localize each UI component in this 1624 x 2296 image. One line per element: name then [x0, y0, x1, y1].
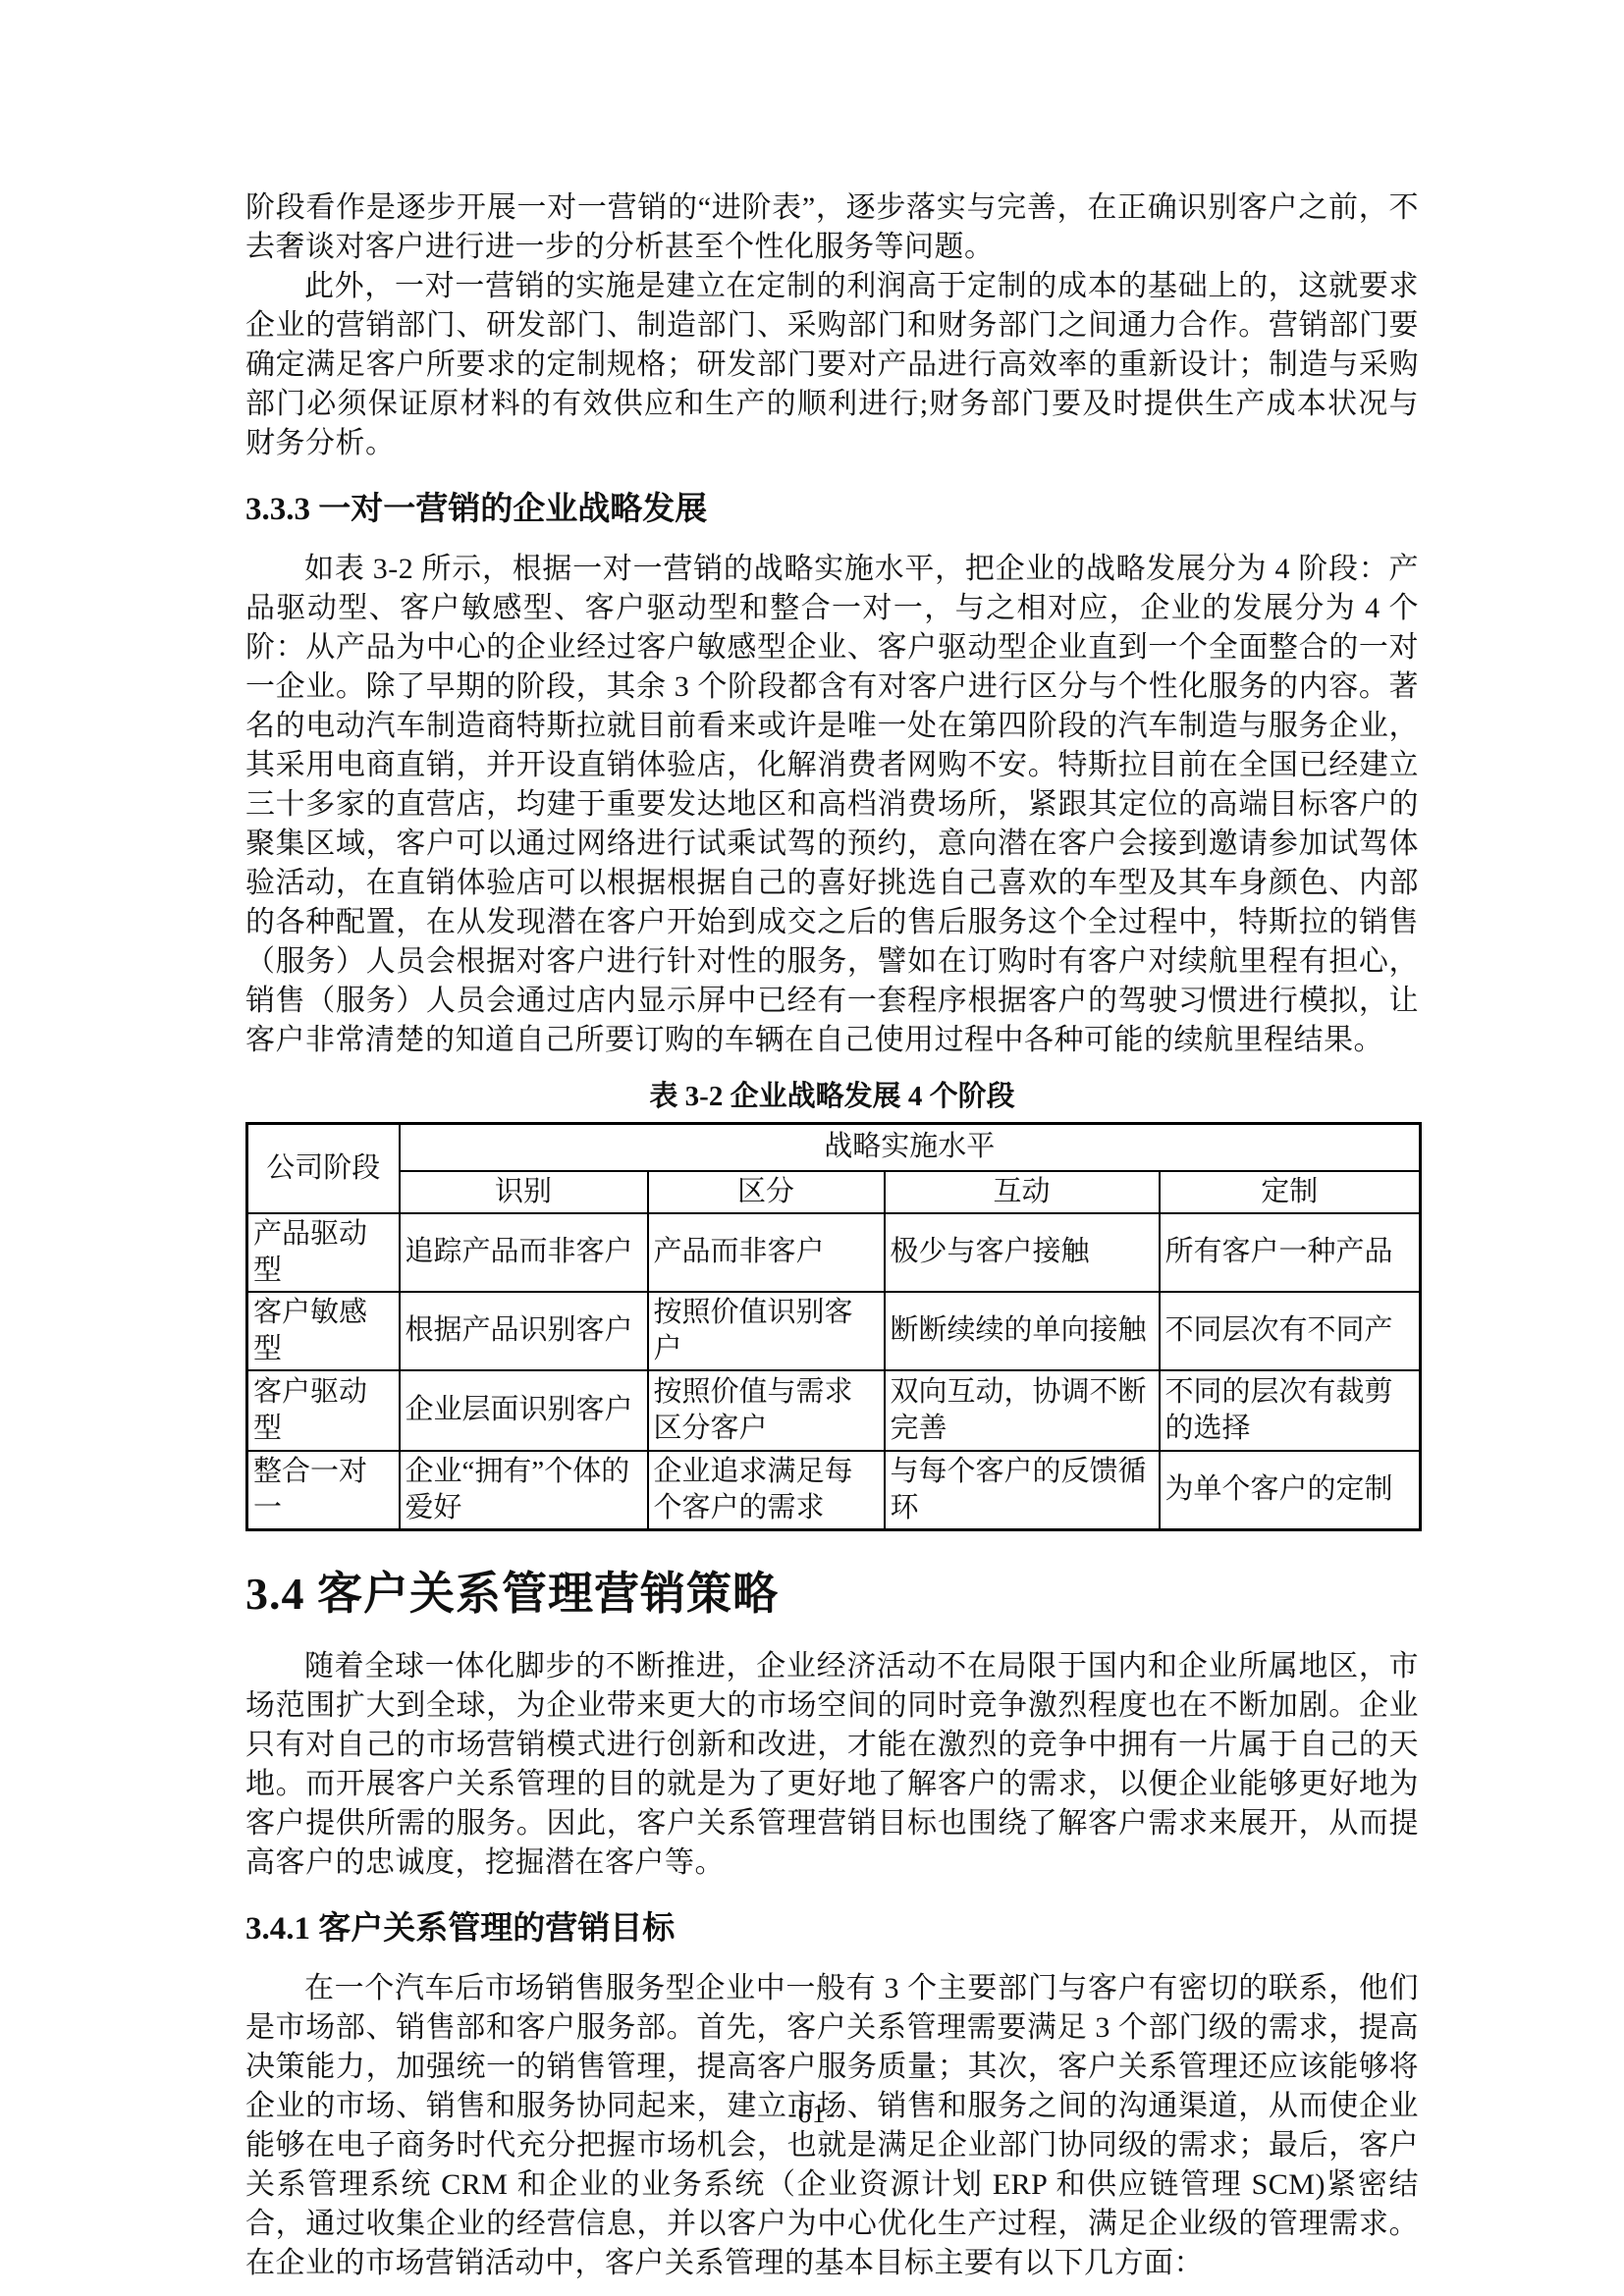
table-cell: 为单个客户的定制 — [1160, 1451, 1421, 1530]
heading-3-3-3: 3.3.3 一对一营销的企业战略发展 — [245, 489, 1419, 530]
table-cell: 产品驱动型 — [247, 1213, 400, 1292]
paragraph-cooperation: 此外，一对一营销的实施是建立在定制的利润高于定制的成本的基础上的，这就要求企业的… — [245, 267, 1419, 463]
table-cell: 不同的层次有裁剪的选择 — [1160, 1370, 1421, 1451]
column-header: 区分 — [648, 1171, 885, 1213]
table-cell: 产品而非客户 — [648, 1213, 885, 1292]
table-caption: 表 3-2 企业战略发展 4 个阶段 — [245, 1074, 1419, 1114]
column-header: 定制 — [1160, 1171, 1421, 1213]
table-header-row-top: 公司阶段 战略实施水平 — [247, 1124, 1421, 1171]
table-cell: 整合一对一 — [247, 1451, 400, 1530]
table-cell: 企业追求满足每个客户的需求 — [648, 1451, 885, 1530]
table-row: 客户敏感型 根据产品识别客户 按照价值识别客户 断断续续的单向接触 不同层次有不… — [247, 1292, 1421, 1370]
table-row: 客户驱动型 企业层面识别客户 按照价值与需求区分客户 双向互动，协调不断完善 不… — [247, 1370, 1421, 1451]
table-cell: 根据产品识别客户 — [400, 1292, 648, 1370]
table-row: 产品驱动型 追踪产品而非客户 产品而非客户 极少与客户接触 所有客户一种产品 — [247, 1213, 1421, 1292]
table-cell: 与每个客户的反馈循环 — [885, 1451, 1160, 1530]
table-cell: 客户驱动型 — [247, 1370, 400, 1451]
table-cell: 按照价值与需求区分客户 — [648, 1370, 885, 1451]
paragraph-strategy-stages: 如表 3-2 所示，根据一对一营销的战略实施水平，把企业的战略发展分为 4 阶段… — [245, 550, 1419, 1060]
table-cell: 客户敏感型 — [247, 1292, 400, 1370]
table-cell: 按照价值识别客户 — [648, 1292, 885, 1370]
column-header: 识别 — [400, 1171, 648, 1213]
table-cell: 追踪产品而非客户 — [400, 1213, 648, 1292]
page-number: -61- — [0, 2099, 1624, 2129]
table-cell: 双向互动，协调不断完善 — [885, 1370, 1160, 1451]
heading-3-4-1: 3.4.1 客户关系管理的营销目标 — [245, 1908, 1419, 1949]
table-corner-header: 公司阶段 — [247, 1124, 400, 1213]
paragraph-globalization: 随着全球一体化脚步的不断推进，企业经济活动不在局限于国内和企业所属地区，市场范围… — [245, 1647, 1419, 1883]
table-cell: 极少与客户接触 — [885, 1213, 1160, 1292]
paragraph-continuation: 阶段看作是逐步开展一对一营销的“进阶表”，逐步落实与完善，在正确识别客户之前，不… — [245, 188, 1419, 267]
document-page: 阶段看作是逐步开展一对一营销的“进阶表”，逐步落实与完善，在正确识别客户之前，不… — [0, 0, 1624, 2296]
table-cell: 断断续续的单向接触 — [885, 1292, 1160, 1370]
table-cell: 所有客户一种产品 — [1160, 1213, 1421, 1292]
table-row: 整合一对一 企业“拥有”个体的爱好 企业追求满足每个客户的需求 与每个客户的反馈… — [247, 1451, 1421, 1530]
column-header: 互动 — [885, 1171, 1160, 1213]
table-cell: 企业层面识别客户 — [400, 1370, 648, 1451]
table-cell: 企业“拥有”个体的爱好 — [400, 1451, 648, 1530]
table-header-row-sub: 识别 区分 互动 定制 — [247, 1171, 1421, 1213]
heading-3-4: 3.4 客户关系管理营销策略 — [245, 1567, 1419, 1622]
table-cell: 不同层次有不同产 — [1160, 1292, 1421, 1370]
table-group-header: 战略实施水平 — [400, 1124, 1421, 1171]
table-3-2: 公司阶段 战略实施水平 识别 区分 互动 定制 产品驱动型 追踪产品而非客户 产… — [245, 1122, 1422, 1531]
